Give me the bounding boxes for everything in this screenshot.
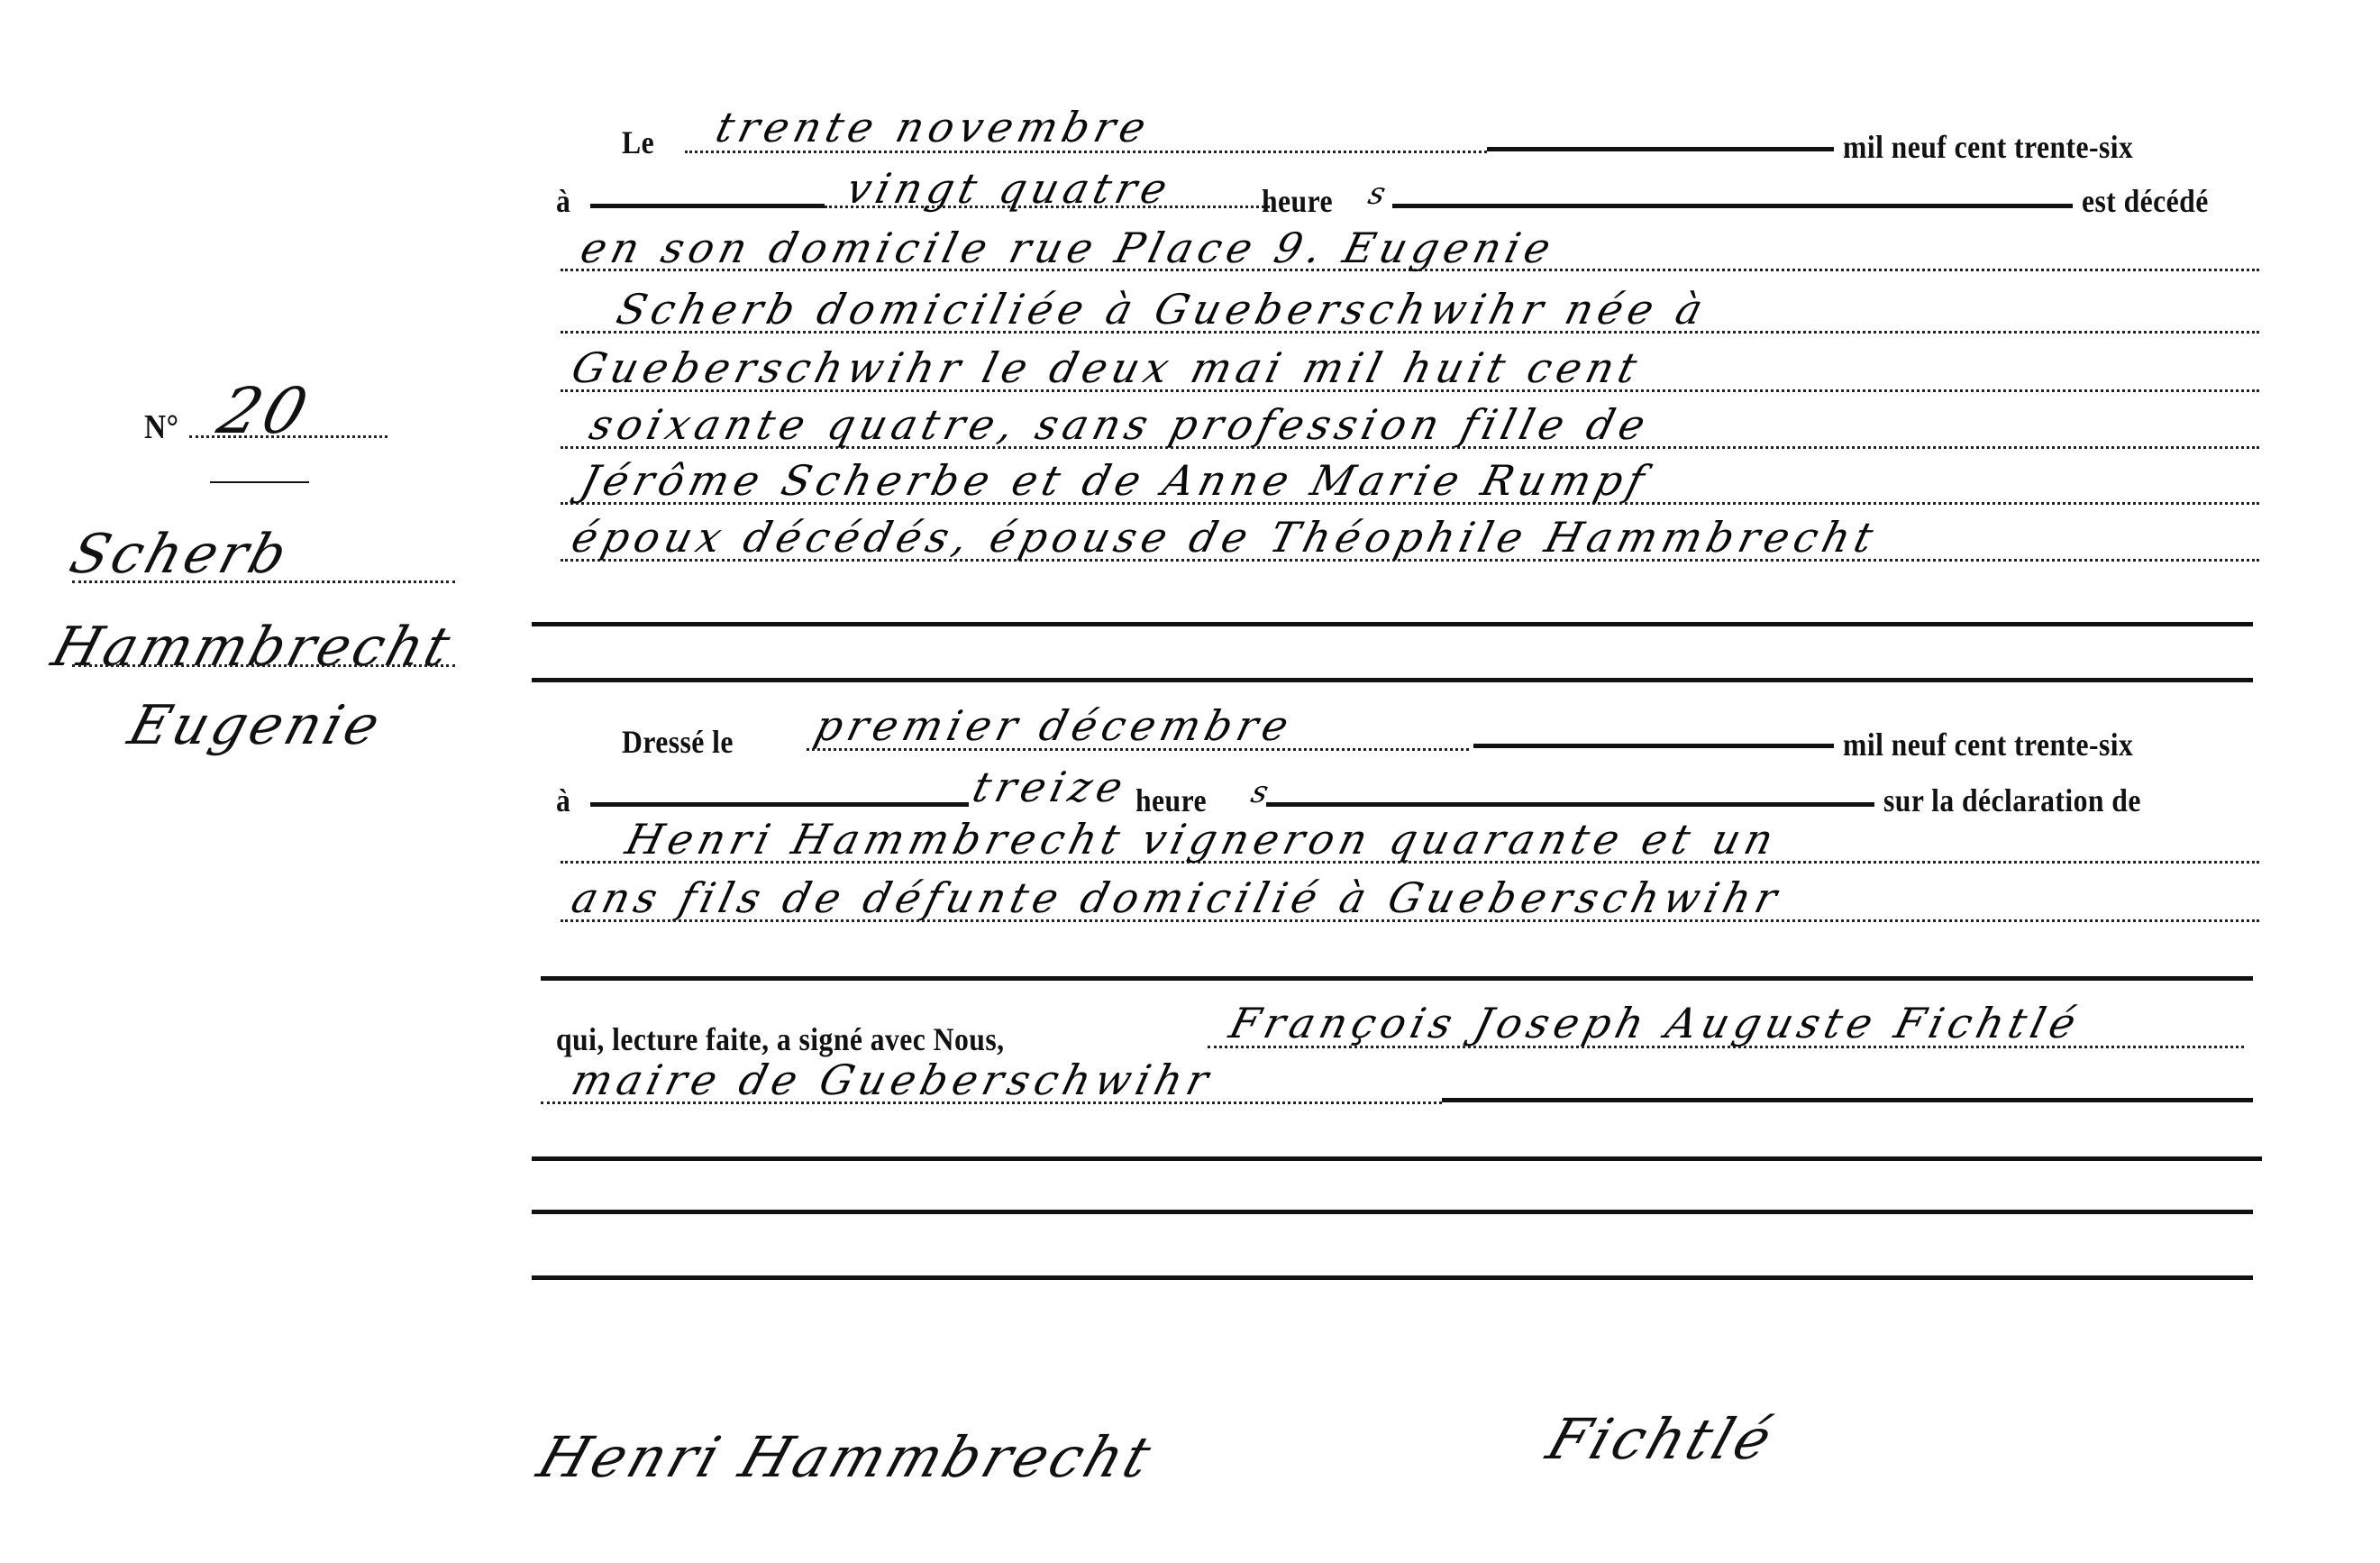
drafted-year-label: mil neuf cent trente-six xyxy=(1843,728,2133,761)
drafted-hour-line-right xyxy=(1266,802,1874,807)
a-label: à xyxy=(556,185,570,217)
read-signed-label: qui, lecture faite, a signé avec Nous, xyxy=(556,1023,1004,1056)
death-year-label: mil neuf cent trente-six xyxy=(1843,131,2133,163)
declarant-text-1: Henri Hammbrecht vigneron quarante et un xyxy=(622,818,1783,860)
mayor-title-hand: maire de Gueberschwihr xyxy=(568,1059,1217,1101)
margin-line-1 xyxy=(72,580,455,583)
drafted-date-hand: premier décembre xyxy=(811,705,1298,746)
date-field-line xyxy=(1487,147,1834,151)
signature-rule-2 xyxy=(532,1210,2253,1214)
hour-field-line-left xyxy=(590,204,825,208)
margin-given-name: Eugenie xyxy=(122,694,390,757)
drafted-hour-line-left xyxy=(590,802,969,807)
deceased-label: est décédé xyxy=(2082,185,2209,217)
drafted-date-line xyxy=(1473,744,1834,748)
heure-suffix-hand: s xyxy=(1365,178,1394,209)
le-label: Le xyxy=(622,126,654,159)
dresse-label: Dressé le xyxy=(622,726,734,758)
heure-label: heure xyxy=(1262,185,1333,217)
body-text-5: Jérôme Scherbe et de Anne Marie Rumpf xyxy=(577,460,1654,501)
margin-line-2 xyxy=(72,664,455,667)
declarant-text-2: ans fils de défunte domicilié à Guebersc… xyxy=(568,877,1786,919)
declaration-label: sur la déclaration de xyxy=(1883,784,2141,817)
death-rule-1 xyxy=(532,622,2253,626)
body-text-3: Gueberschwihr le deux mai mil huit cent xyxy=(568,347,1646,388)
margin-married-name: Hammbrecht xyxy=(45,616,460,679)
death-rule-2 xyxy=(532,678,2253,682)
mayor-signature: Fichtlé xyxy=(1539,1406,1783,1472)
drafted-a-label: à xyxy=(556,784,570,817)
death-date-hand: trente novembre xyxy=(712,106,1155,148)
margin-surname: Scherb xyxy=(63,523,297,586)
body-text-1: en son domicile rue Place 9. Eugenie xyxy=(577,227,1560,269)
body-text-6: époux décédés, épouse de Théophile Hammb… xyxy=(568,516,1883,558)
hour-field-line-right xyxy=(1392,204,2073,208)
record-number-line xyxy=(189,435,388,438)
mayor-name-hand: François Joseph Auguste Fichtlé xyxy=(1226,1002,2085,1044)
signature-rule-1 xyxy=(532,1156,2262,1161)
signature-rule-3 xyxy=(532,1275,2253,1280)
drafted-heure-label: heure xyxy=(1135,784,1207,817)
declarant-signature: Henri Hammbrecht xyxy=(530,1424,1163,1490)
margin-divider xyxy=(210,481,309,483)
drafted-rule xyxy=(541,976,2253,981)
body-text-4: soixante quatre, sans profession fille d… xyxy=(586,404,1655,445)
body-text-2: Scherb domiciliée à Gueberschwihr née à xyxy=(613,288,1712,330)
record-number-label: N° xyxy=(144,410,178,444)
mayor-line-2-solid xyxy=(1442,1098,2253,1102)
death-hour-hand: vingt quatre xyxy=(843,168,1177,209)
drafted-hour-hand: treize xyxy=(969,766,1132,808)
